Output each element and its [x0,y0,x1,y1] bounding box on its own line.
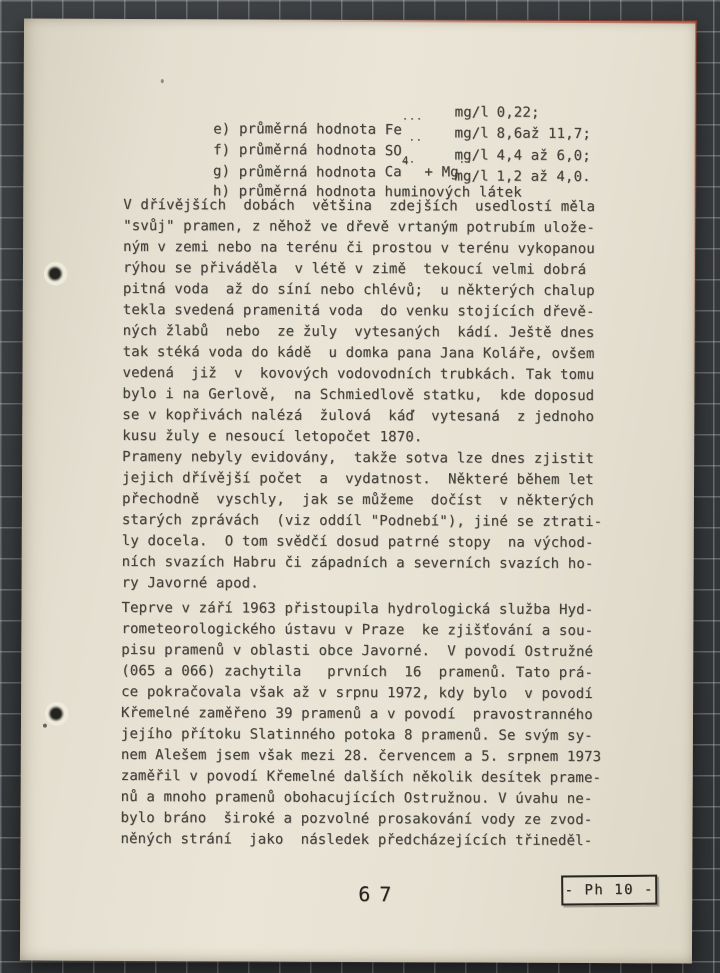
measurement-list: e) průměrná hodnota Fe··· mg/l 0,22; f) … [123,103,643,191]
item-unit: mg/l [455,104,489,120]
scan-speck [43,724,47,728]
stamp-box: - Ph 10 - [561,875,657,906]
formula-sup: ·· [402,157,416,168]
stamp-label: - Ph 10 - [564,882,654,899]
list-item-f: f) průměrná hodnota SO4·· mg/l 8,6až 11,… [124,124,644,148]
list-item-h: h) průměrná hodnota huminových látek mg/… [123,167,643,191]
document-page: e) průměrná hodnota Fe··· mg/l 0,22; f) … [20,19,696,964]
page-number: 67 [358,882,400,906]
item-value: 0,22; [497,105,540,121]
punch-hole-top [44,262,68,286]
scan-speck [161,79,164,83]
item-value: 4,4 až 6,0; [496,147,590,163]
item-unit: mg/l [454,169,488,185]
item-value: 1,2 až 4,0. [496,169,590,185]
scanner-mat: e) průměrná hodnota Fe··· mg/l 0,22; f) … [0,0,720,973]
item-unit: mg/l [454,147,488,163]
item-unit: mg/l [455,126,489,142]
punch-hole-bottom [45,702,69,726]
list-item-e: e) průměrná hodnota Fe··· mg/l 0,22; [124,103,644,127]
paragraph-hydrological-survey: Teprve v září 1963 přistoupila hydrologi… [120,598,631,852]
paragraph-springs-record: Prameny nebyly evidovány, takže sotva lz… [122,447,633,596]
item-value: 8,6až 11,7; [497,126,591,142]
formula-sup: ··· [402,114,423,125]
formula-sup: ·· [409,136,423,147]
paragraph-wells: V dřívějších dobách většina zdejších use… [122,195,633,449]
list-item-g: g) průměrná hodnota Ca·· + Mg·· mg/l 4,4… [123,146,643,170]
